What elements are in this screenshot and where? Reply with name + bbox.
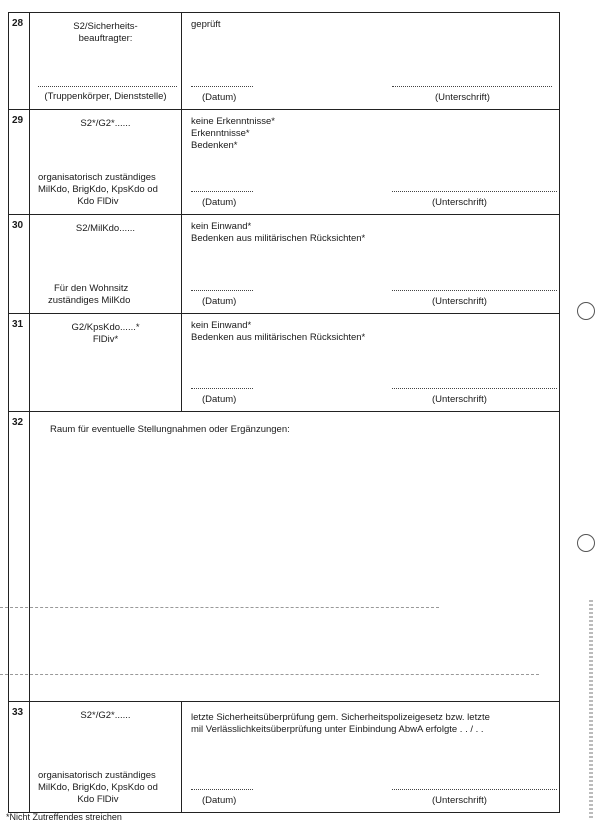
row-number: 30 — [9, 215, 30, 313]
authority-cell: G2/KpsKdo......* FlDiv* — [30, 314, 182, 411]
date-label: (Datum) — [202, 197, 236, 208]
date-label: (Datum) — [202, 296, 236, 307]
authority-subtitle: organisatorisch zuständiges MilKdo, Brig… — [38, 770, 158, 806]
date-line[interactable] — [191, 789, 253, 790]
row-number: 33 — [9, 702, 30, 812]
date-line[interactable] — [191, 86, 253, 87]
options: kein Einwand* Bedenken aus militärischen… — [191, 221, 365, 245]
date-line[interactable] — [191, 290, 253, 291]
scan-artifact-line — [0, 607, 439, 608]
option-bedenken[interactable]: Bedenken aus militärischen Rücksichten* — [191, 233, 365, 245]
signature-label: (Unterschrift) — [435, 92, 490, 103]
option-geprueft[interactable]: geprüft — [191, 19, 221, 31]
comments-area[interactable]: Raum für eventuelle Stellungnahmen oder … — [30, 412, 559, 701]
authority-cell: S2/MilKdo...... Für den Wohnsitz zuständ… — [30, 215, 182, 313]
option-bedenken[interactable]: Bedenken aus militärischen Rücksichten* — [191, 332, 365, 344]
authority-subtitle: organisatorisch zuständiges MilKdo, Brig… — [38, 172, 158, 208]
date-line[interactable] — [191, 388, 253, 389]
row-28: 28 S2/Sicherheits- beauftragter: (Truppe… — [9, 13, 559, 110]
authority-title: S2*/G2*...... — [30, 710, 181, 722]
punch-hole-icon — [577, 534, 595, 552]
signature-label: (Unterschrift) — [432, 795, 487, 806]
date-label: (Datum) — [202, 394, 236, 405]
row-31: 31 G2/KpsKdo......* FlDiv* kein Einwand*… — [9, 314, 559, 412]
option-kein-einwand[interactable]: kein Einwand* — [191, 221, 365, 233]
unit-label: (Truppenkörper, Dienststelle) — [30, 91, 181, 103]
signature-label: (Unterschrift) — [432, 197, 487, 208]
options: geprüft — [191, 19, 221, 31]
signature-line[interactable] — [392, 86, 552, 87]
options: kein Einwand* Bedenken aus militärischen… — [191, 320, 365, 344]
decision-cell: letzte Sicherheitsüberprüfung gem. Siche… — [182, 702, 559, 812]
signature-line[interactable] — [392, 789, 557, 790]
scan-edge-artifact — [589, 600, 593, 820]
approval-table: 28 S2/Sicherheits- beauftragter: (Truppe… — [8, 12, 560, 813]
punch-hole-icon — [577, 302, 595, 320]
statement-line-2[interactable]: mil Verlässlichkeitsüberprüfung unter Ei… — [191, 724, 490, 736]
decision-cell: keine Erkenntnisse* Erkenntnisse* Bedenk… — [182, 110, 559, 214]
decision-cell: geprüft (Datum) (Unterschrift) — [182, 13, 559, 109]
signature-line[interactable] — [392, 290, 557, 291]
option-kein-einwand[interactable]: kein Einwand* — [191, 320, 365, 332]
comments-label: Raum für eventuelle Stellungnahmen oder … — [50, 424, 290, 435]
row-29: 29 S2*/G2*...... organisatorisch zuständ… — [9, 110, 559, 215]
scan-artifact-line — [0, 674, 539, 675]
form-page: 28 S2/Sicherheits- beauftragter: (Truppe… — [0, 0, 595, 826]
row-number: 32 — [9, 412, 30, 701]
signature-line[interactable] — [392, 388, 557, 389]
options: keine Erkenntnisse* Erkenntnisse* Bedenk… — [191, 116, 275, 152]
statement-line-1: letzte Sicherheitsüberprüfung gem. Siche… — [191, 712, 490, 724]
authority-title: S2*/G2*...... — [30, 118, 181, 130]
date-line[interactable] — [191, 191, 253, 192]
authority-cell: S2*/G2*...... organisatorisch zuständige… — [30, 110, 182, 214]
option-erkenntnisse[interactable]: Erkenntnisse* — [191, 128, 275, 140]
authority-title: G2/KpsKdo......* FlDiv* — [30, 322, 181, 346]
signature-line[interactable] — [392, 191, 557, 192]
authority-title: S2/Sicherheits- beauftragter: — [30, 21, 181, 45]
authority-title: S2/MilKdo...... — [30, 223, 181, 235]
decision-cell: kein Einwand* Bedenken aus militärischen… — [182, 314, 559, 411]
date-label: (Datum) — [202, 92, 236, 103]
authority-cell: S2*/G2*...... organisatorisch zuständige… — [30, 702, 182, 812]
option-keine-erkenntnisse[interactable]: keine Erkenntnisse* — [191, 116, 275, 128]
row-33: 33 S2*/G2*...... organisatorisch zuständ… — [9, 702, 559, 812]
signature-label: (Unterschrift) — [432, 296, 487, 307]
authority-subtitle: Für den Wohnsitz zuständiges MilKdo — [48, 283, 130, 307]
options: letzte Sicherheitsüberprüfung gem. Siche… — [191, 712, 490, 736]
row-number: 31 — [9, 314, 30, 411]
row-30: 30 S2/MilKdo...... Für den Wohnsitz zust… — [9, 215, 559, 314]
row-32: 32 Raum für eventuelle Stellungnahmen od… — [9, 412, 559, 702]
decision-cell: kein Einwand* Bedenken aus militärischen… — [182, 215, 559, 313]
date-label: (Datum) — [202, 795, 236, 806]
footnote: *Nicht Zutreffendes streichen — [6, 812, 122, 822]
row-number: 29 — [9, 110, 30, 214]
authority-cell: S2/Sicherheits- beauftragter: (Truppenkö… — [30, 13, 182, 109]
row-number: 28 — [9, 13, 30, 109]
signature-label: (Unterschrift) — [432, 394, 487, 405]
unit-line[interactable] — [38, 86, 177, 87]
option-bedenken[interactable]: Bedenken* — [191, 140, 275, 152]
